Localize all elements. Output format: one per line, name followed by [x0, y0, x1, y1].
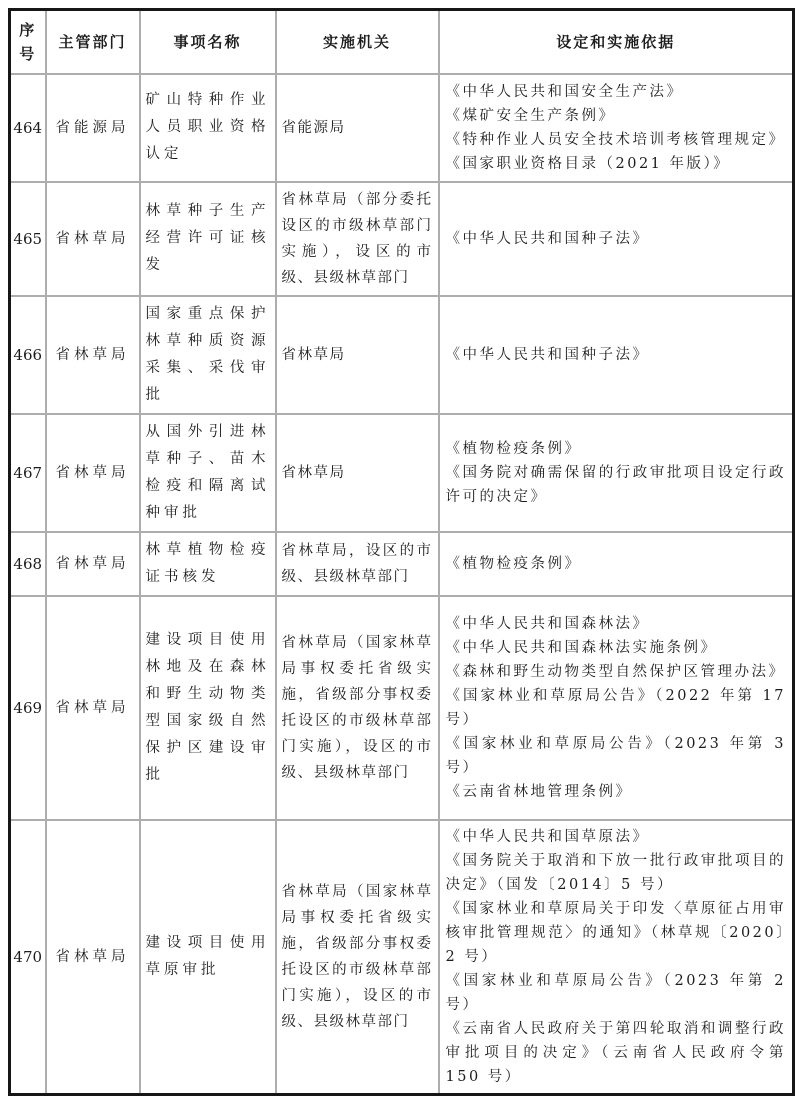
cell-basis: 《中华人民共和国安全生产法》《煤矿安全生产条例》《特种作业人员安全技术培训考核管… [439, 74, 794, 182]
header-item-name: 事项名称 [140, 10, 276, 74]
table-header-row: 序号 主管部门 事项名称 实施机关 设定和实施依据 [10, 10, 794, 74]
table-row: 467 省林草局 从国外引进林草种子、苗木检疫和隔离试种审批 省林草局 《植物检… [10, 414, 794, 532]
cell-agency: 省林草局（国家林草局事权委托省级实施，省级部分事权委托设区的市级林草部门实施），… [276, 820, 439, 1095]
basis-entry: 《云南省人民政府关于第四轮取消和调整行政审批项目的决定》（云南省人民政府令第 1… [446, 1017, 787, 1089]
table-row: 468 省林草局 林草植物检疫证书核发 省林草局，设区的市级、县级林草部门 《植… [10, 532, 794, 596]
cell-basis: 《植物检疫条例》《国务院对确需保留的行政审批项目设定行政许可的决定》 [439, 414, 794, 532]
header-seq-no: 序号 [10, 10, 46, 74]
table-row: 465 省林草局 林草种子生产经营许可证核发 省林草局（部分委托设区的市级林草部… [10, 182, 794, 296]
basis-entry: 《国家林业和草原局公告》（2023 年第 2 号） [446, 969, 787, 1017]
basis-entry: 《煤矿安全生产条例》 [446, 104, 787, 128]
cell-basis: 《中华人民共和国种子法》 [439, 182, 794, 296]
cell-item-name: 林草植物检疫证书核发 [140, 532, 276, 596]
cell-department: 省林草局 [46, 182, 140, 296]
cell-department: 省林草局 [46, 820, 140, 1095]
cell-item-name: 建设项目使用草原审批 [140, 820, 276, 1095]
cell-seq-no: 468 [10, 532, 46, 596]
cell-basis: 《中华人民共和国森林法》《中华人民共和国森林法实施条例》《森林和野生动物类型自然… [439, 596, 794, 820]
table-row: 466 省林草局 国家重点保护林草种质资源采集、采伐审批 省林草局 《中华人民共… [10, 296, 794, 414]
basis-entry: 《植物检疫条例》 [446, 552, 787, 576]
header-basis: 设定和实施依据 [439, 10, 794, 74]
basis-entry: 《国家林业和草原局公告》（2022 年第 17 号） [446, 684, 787, 732]
header-agency: 实施机关 [276, 10, 439, 74]
cell-department: 省林草局 [46, 414, 140, 532]
cell-basis: 《中华人民共和国种子法》 [439, 296, 794, 414]
basis-entry: 《中华人民共和国安全生产法》 [446, 80, 787, 104]
basis-entry: 《中华人民共和国森林法实施条例》 [446, 636, 787, 660]
basis-entry: 《森林和野生动物类型自然保护区管理办法》 [446, 660, 787, 684]
cell-seq-no: 465 [10, 182, 46, 296]
cell-item-name: 从国外引进林草种子、苗木检疫和隔离试种审批 [140, 414, 276, 532]
basis-entry: 《特种作业人员安全技术培训考核管理规定》 [446, 128, 787, 152]
cell-seq-no: 467 [10, 414, 46, 532]
basis-entry: 《中华人民共和国种子法》 [446, 227, 787, 251]
cell-item-name: 建设项目使用林地及在森林和野生动物类型国家级自然保护区建设审批 [140, 596, 276, 820]
cell-department: 省林草局 [46, 596, 140, 820]
cell-seq-no: 466 [10, 296, 46, 414]
cell-basis: 《植物检疫条例》 [439, 532, 794, 596]
cell-seq-no: 470 [10, 820, 46, 1095]
table-row: 469 省林草局 建设项目使用林地及在森林和野生动物类型国家级自然保护区建设审批… [10, 596, 794, 820]
cell-department: 省林草局 [46, 296, 140, 414]
basis-entry: 《中华人民共和国种子法》 [446, 343, 787, 367]
cell-item-name: 林草种子生产经营许可证核发 [140, 182, 276, 296]
cell-item-name: 矿山特种作业人员职业资格认定 [140, 74, 276, 182]
basis-entry: 《植物检疫条例》 [446, 437, 787, 461]
cell-department: 省林草局 [46, 532, 140, 596]
table-row: 470 省林草局 建设项目使用草原审批 省林草局（国家林草局事权委托省级实施，省… [10, 820, 794, 1095]
basis-entry: 《中华人民共和国草原法》 [446, 825, 787, 849]
approval-items-table: 序号 主管部门 事项名称 实施机关 设定和实施依据 464 省能源局 矿山特种作… [8, 8, 795, 1096]
cell-agency: 省林草局（部分委托设区的市级林草部门实施），设区的市级、县级林草部门 [276, 182, 439, 296]
basis-entry: 《国务院关于取消和下放一批行政审批项目的决定》（国发〔2014〕5 号） [446, 849, 787, 897]
cell-basis: 《中华人民共和国草原法》《国务院关于取消和下放一批行政审批项目的决定》（国发〔2… [439, 820, 794, 1095]
cell-seq-no: 464 [10, 74, 46, 182]
basis-entry: 《国家林业和草原局公告》（2023 年第 3 号） [446, 732, 787, 780]
cell-seq-no: 469 [10, 596, 46, 820]
cell-agency: 省林草局（国家林草局事权委托省级实施，省级部分事权委托设区的市级林草部门实施），… [276, 596, 439, 820]
cell-agency: 省林草局，设区的市级、县级林草部门 [276, 532, 439, 596]
table-row: 464 省能源局 矿山特种作业人员职业资格认定 省能源局 《中华人民共和国安全生… [10, 74, 794, 182]
basis-entry: 《中华人民共和国森林法》 [446, 612, 787, 636]
cell-department: 省能源局 [46, 74, 140, 182]
basis-entry: 《国家职业资格目录（2021 年版）》 [446, 152, 787, 176]
cell-agency: 省林草局 [276, 414, 439, 532]
document-page: 序号 主管部门 事项名称 实施机关 设定和实施依据 464 省能源局 矿山特种作… [0, 0, 800, 1038]
header-department: 主管部门 [46, 10, 140, 74]
basis-entry: 《云南省林地管理条例》 [446, 780, 787, 804]
cell-item-name: 国家重点保护林草种质资源采集、采伐审批 [140, 296, 276, 414]
basis-entry: 《国务院对确需保留的行政审批项目设定行政许可的决定》 [446, 461, 787, 509]
cell-agency: 省能源局 [276, 74, 439, 182]
cell-agency: 省林草局 [276, 296, 439, 414]
basis-entry: 《国家林业和草原局关于印发〈草原征占用审核审批管理规范〉的通知》（林草规〔202… [446, 897, 787, 969]
